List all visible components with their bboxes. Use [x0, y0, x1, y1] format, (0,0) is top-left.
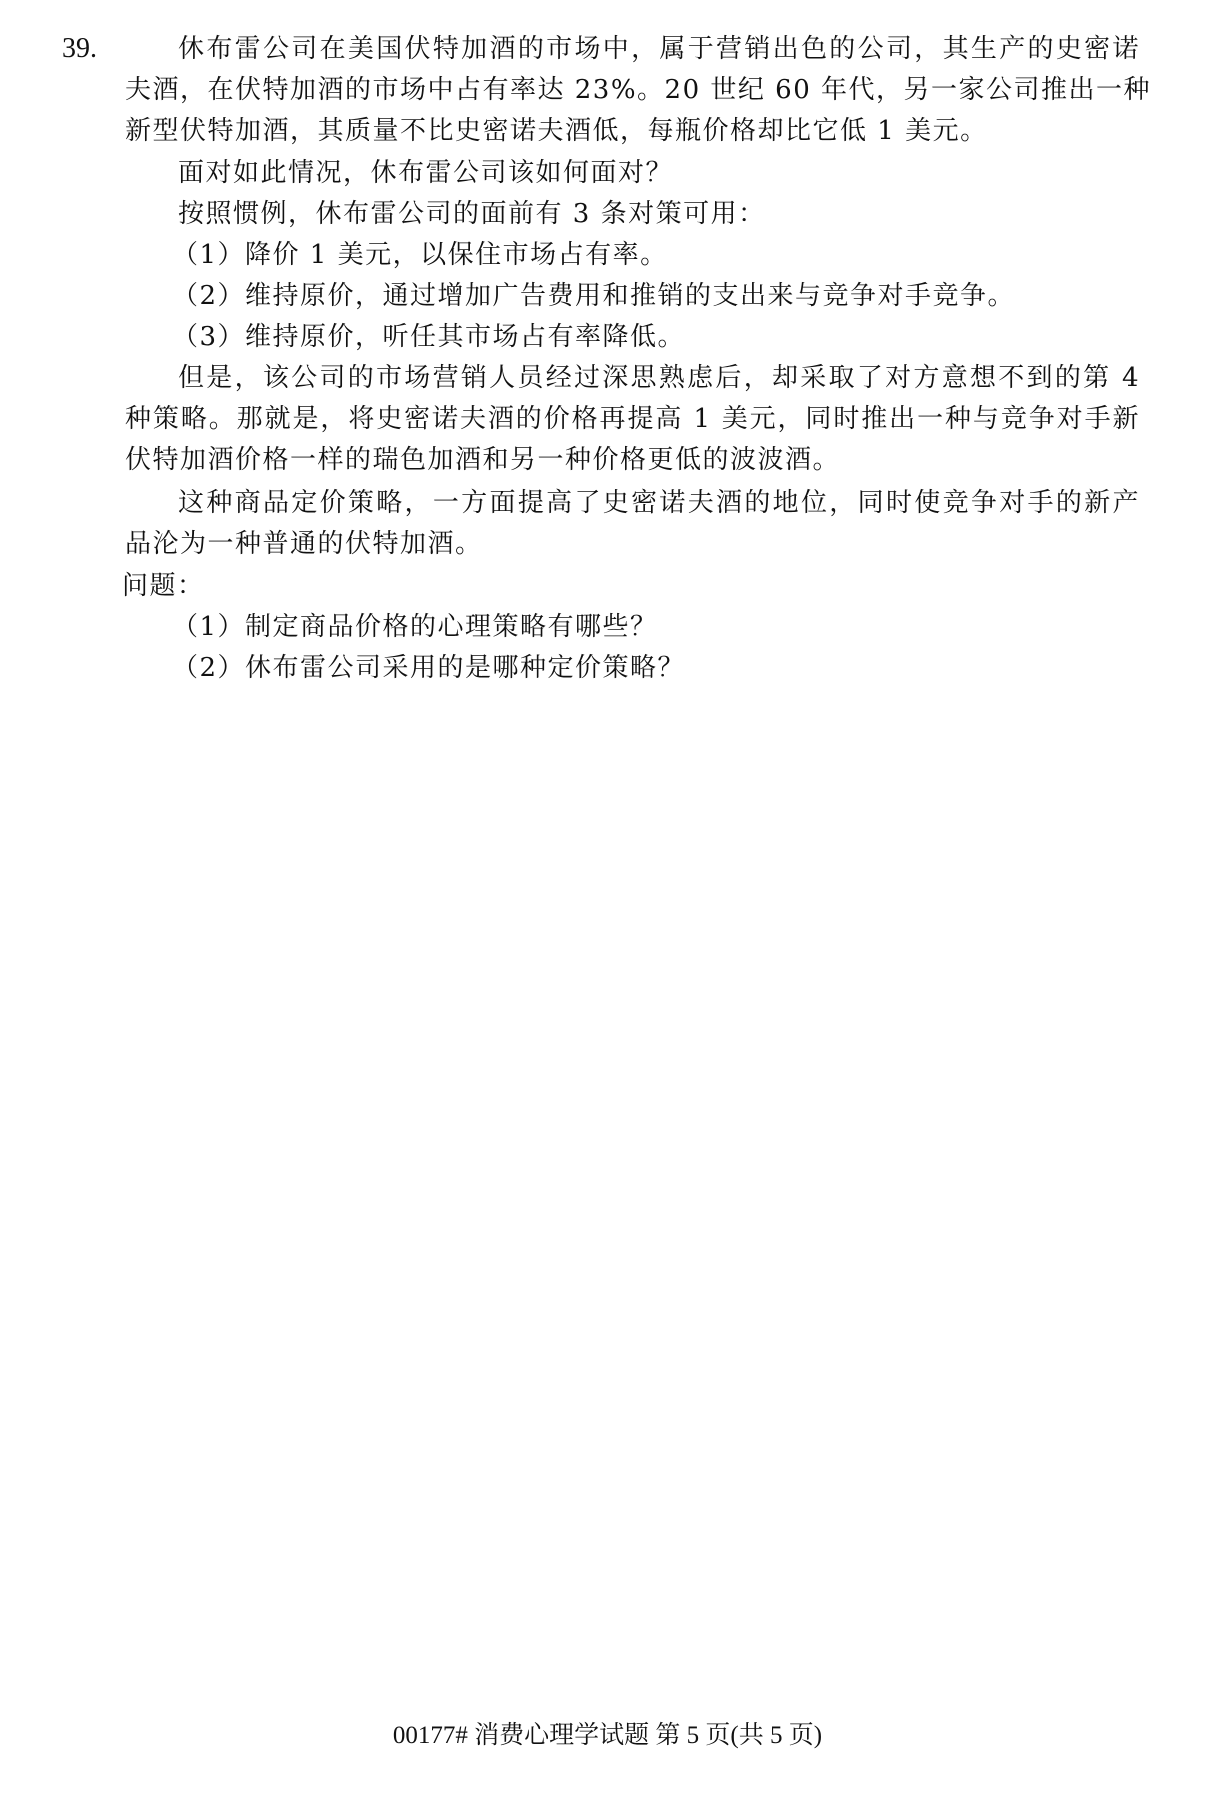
case-line-10: 种策略。那就是，将史密诺夫酒的价格再提高 1 美元，同时推出一种与竞争对手新 — [125, 402, 1140, 436]
case-line-11: 伏特加酒价格一样的瑞色加酒和另一种价格更低的波波酒。 — [125, 443, 840, 477]
case-line-9: 但是，该公司的市场营销人员经过深思熟虑后，却采取了对方意想不到的第 4 — [178, 361, 1140, 395]
questions-label: 问题： — [122, 569, 205, 603]
sub-question-1: （1）制定商品价格的心理策略有哪些？ — [172, 610, 658, 644]
option-1: （1）降价 1 美元，以保住市场占有率。 — [172, 238, 668, 272]
option-3: （3）维持原价，听任其市场占有率降低。 — [172, 320, 685, 354]
case-line-5: 按照惯例，休布雷公司的面前有 3 条对策可用： — [178, 197, 766, 231]
case-line-2: 夫酒，在伏特加酒的市场中占有率达 23%。20 世纪 60 年代，另一家公司推出… — [125, 73, 1140, 107]
page-footer: 00177# 消费心理学试题 第 5 页(共 5 页) — [0, 1720, 1205, 1752]
case-line-12: 这种商品定价策略，一方面提高了史密诺夫酒的地位，同时使竞争对手的新产 — [178, 486, 1140, 520]
case-line-1: 休布雷公司在美国伏特加酒的市场中，属于营销出色的公司，其生产的史密诺 — [178, 32, 1140, 66]
case-line-4: 面对如此情况，休布雷公司该如何面对？ — [178, 156, 673, 190]
question-number: 39. — [62, 32, 97, 66]
sub-question-2: （2）休布雷公司采用的是哪种定价策略？ — [172, 651, 685, 685]
exam-page: 39. 休布雷公司在美国伏特加酒的市场中，属于营销出色的公司，其生产的史密诺 夫… — [0, 0, 1205, 1793]
option-2: （2）维持原价，通过增加广告费用和推销的支出来与竞争对手竞争。 — [172, 279, 1015, 313]
case-line-13: 品沦为一种普通的伏特加酒。 — [125, 527, 483, 561]
case-line-3: 新型伏特加酒，其质量不比史密诺夫酒低，每瓶价格却比它低 1 美元。 — [125, 114, 988, 148]
